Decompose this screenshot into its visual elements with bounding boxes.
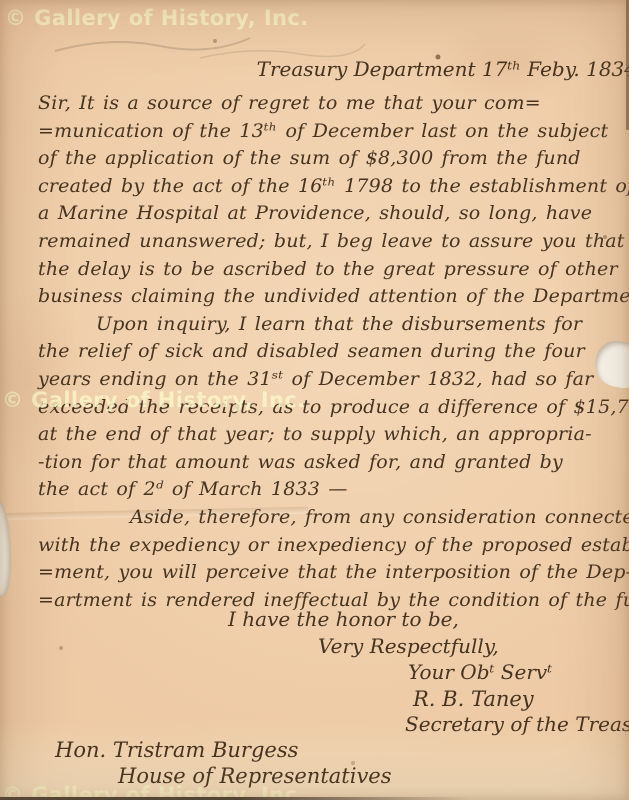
- recipient-name: Hon. Tristram Burgess: [55, 738, 298, 762]
- signature: R. B. Taney: [413, 687, 534, 711]
- paper-specks: [0, 0, 2, 2]
- closing-line: Your Obᵗ Servᵗ: [408, 660, 552, 684]
- closing-line: Very Respectfully,: [318, 634, 499, 658]
- document-scan-page: Treasury Department 17ᵗʰ Feby. 1834 Sir,…: [0, 0, 629, 800]
- letter-line: remained unanswered; but, I beg leave to…: [38, 228, 622, 256]
- watermark-top: © Gallery of History, Inc.: [5, 6, 309, 30]
- letter-line: at the end of that year; to supply which…: [38, 421, 622, 449]
- letter-line: Aside, therefore, from any consideration…: [38, 504, 622, 532]
- letter-line: a Marine Hospital at Providence, should,…: [38, 200, 622, 228]
- letter-line: Upon inquiry, I learn that the disbursem…: [38, 311, 622, 339]
- letter-line: =munication of the 13ᵗʰ of December last…: [38, 118, 622, 146]
- letter-body: Sir, It is a source of regret to me that…: [38, 90, 622, 614]
- letter-line: -tion for that amount was asked for, and…: [38, 449, 622, 477]
- letter-line: =ment, you will perceive that the interp…: [38, 559, 622, 587]
- watermark-middle: © Gallery of History, Inc.: [2, 388, 306, 412]
- letter-line: business claiming the undivided attentio…: [38, 283, 622, 311]
- letter-line: the act of 2ᵈ of March 1833 —: [38, 476, 622, 504]
- letter-line: of the application of the sum of $8,300 …: [38, 145, 622, 173]
- letter-line: created by the act of the 16ᵗʰ 1798 to t…: [38, 173, 622, 201]
- signer-title: Secretary of the Treasury: [405, 712, 629, 736]
- letter-dateline: Treasury Department 17ᵗʰ Feby. 1834: [257, 57, 629, 81]
- closing-line: I have the honor to be,: [228, 607, 459, 631]
- letter-line: the relief of sick and disabled seamen d…: [38, 338, 622, 366]
- letter-line: Sir, It is a source of regret to me that…: [38, 90, 622, 118]
- letter-line: the delay is to be ascribed to the great…: [38, 256, 622, 284]
- letter-line: with the expediency or inexpediency of t…: [38, 532, 622, 560]
